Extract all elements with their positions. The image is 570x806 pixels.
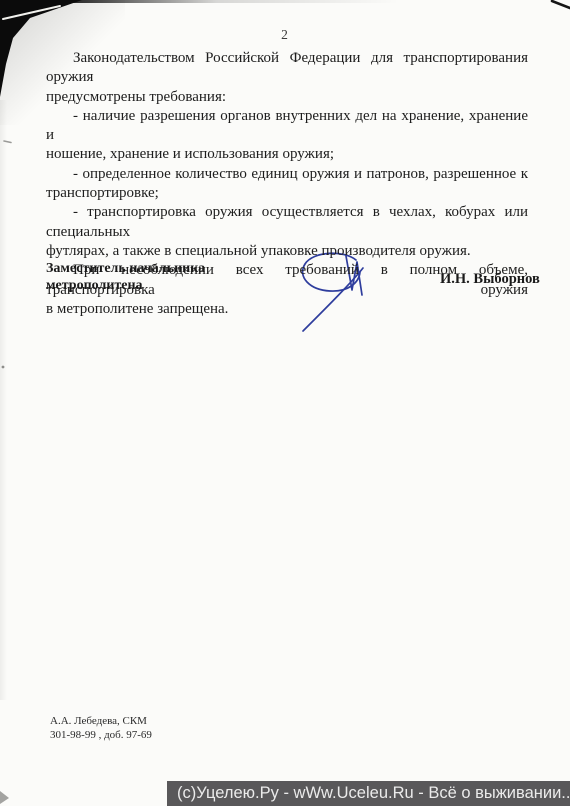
contact-info: А.А. Лебедева, СКМ 301-98-99 , доб. 97-6… [50,715,152,742]
scan-artifact-speck [2,366,5,369]
paragraph-line: предусмотрены требования: [46,88,528,107]
contact-phone: 301-98-99 , доб. 97-69 [50,729,152,743]
official-title-line2: метрополитена [46,277,205,294]
paragraph: - определенное количество единиц оружия … [46,165,528,204]
official-title-line1: Заместитель начальника [46,260,205,277]
paragraph: Законодательством Российской Федерации д… [46,49,528,107]
scan-artifact-corner-highlight [3,6,60,19]
paragraph-line: футлярах, а также в специальной упаковке… [46,242,528,261]
paragraph: - наличие разрешения органов внутренних … [46,107,528,165]
paragraph-line: в метрополитене запрещена. [46,300,528,319]
paragraph-line: ношение, хранение и использования оружия… [46,145,528,164]
page-number: 2 [0,27,570,43]
watermark-bar: (с)Уцелею.Ру - wWw.Uceleu.Ru - Всё о выж… [167,781,570,806]
scan-top-edge-shadow [0,0,570,3]
paragraph-line: - наличие разрешения органов внутренних … [46,107,528,146]
paragraph-line: транспортировке; [46,184,528,203]
scan-artifact-bottom-left [0,791,9,804]
paragraph-line: - транспортировка оружия осуществляется … [46,203,528,242]
scan-artifact-top-right-streak [552,1,570,8]
official-name: И.Н. Выборнов [440,271,540,288]
paragraph-line: Законодательством Российской Федерации д… [46,49,528,88]
paragraph-line: - определенное количество единиц оружия … [46,165,528,184]
scan-left-edge-noise [0,100,7,700]
contact-name: А.А. Лебедева, СКМ [50,715,152,729]
scanned-document-page: 2 Законодательством Российской Федерации… [0,0,570,806]
scan-artifact-left-dash [4,141,11,143]
official-title: Заместитель начальника метрополитена [46,260,205,294]
paragraph: - транспортировка оружия осуществляется … [46,203,528,261]
